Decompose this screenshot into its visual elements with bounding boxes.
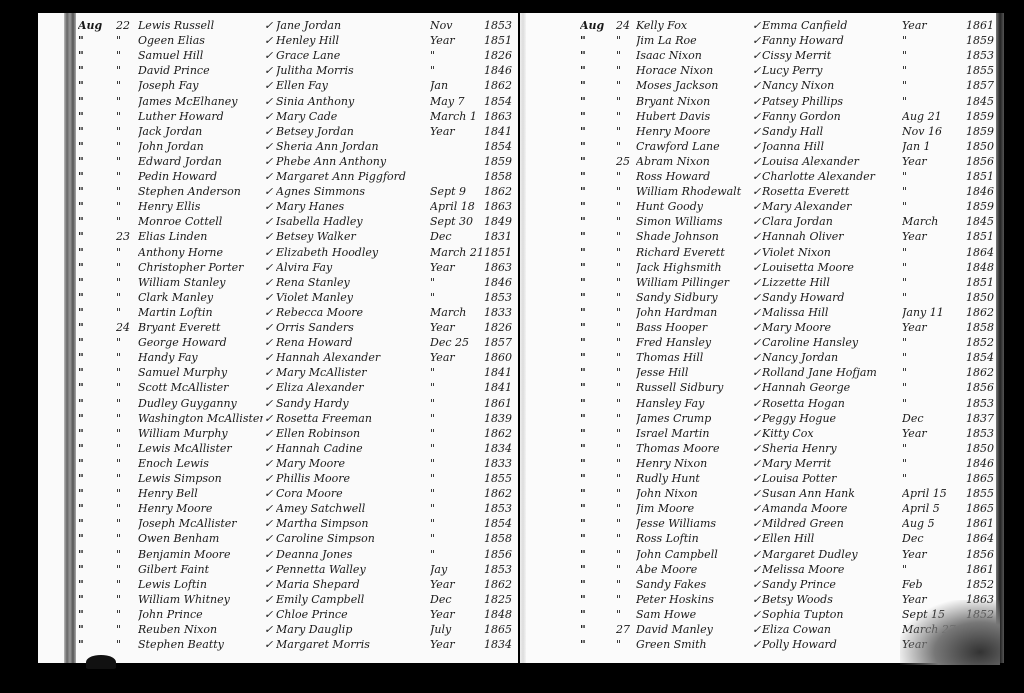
entry-groom: Green Smith — [636, 634, 751, 656]
entry-bride: Margaret Morris — [276, 634, 426, 656]
right-page-edge — [996, 13, 1004, 663]
entry-month: " — [580, 634, 610, 656]
entry-check: ✓ — [264, 634, 274, 656]
entry-month: " — [78, 634, 108, 656]
entry-day: " — [116, 634, 138, 656]
ink-blot — [86, 655, 116, 669]
entry-groom: Stephen Beatty — [138, 634, 263, 656]
entry-day: " — [616, 634, 638, 656]
right-register-page: Aug24Kelly Fox✓Emma CanfieldYear1861""Ji… — [522, 13, 1002, 663]
entry-year: 1834 — [484, 634, 518, 656]
entry-bride: Polly Howard — [762, 634, 912, 656]
entry-check: ✓ — [752, 634, 762, 656]
book-binding-edge — [64, 13, 76, 663]
entry-date: Year — [430, 634, 482, 656]
page-stain — [900, 600, 1000, 665]
page-gutter — [520, 13, 526, 663]
left-register-page: Aug22Lewis Russell✓Jane JordanNov1853""O… — [38, 13, 518, 663]
register-entry: ""Stephen Beatty✓Margaret MorrisYear1834 — [38, 634, 518, 656]
